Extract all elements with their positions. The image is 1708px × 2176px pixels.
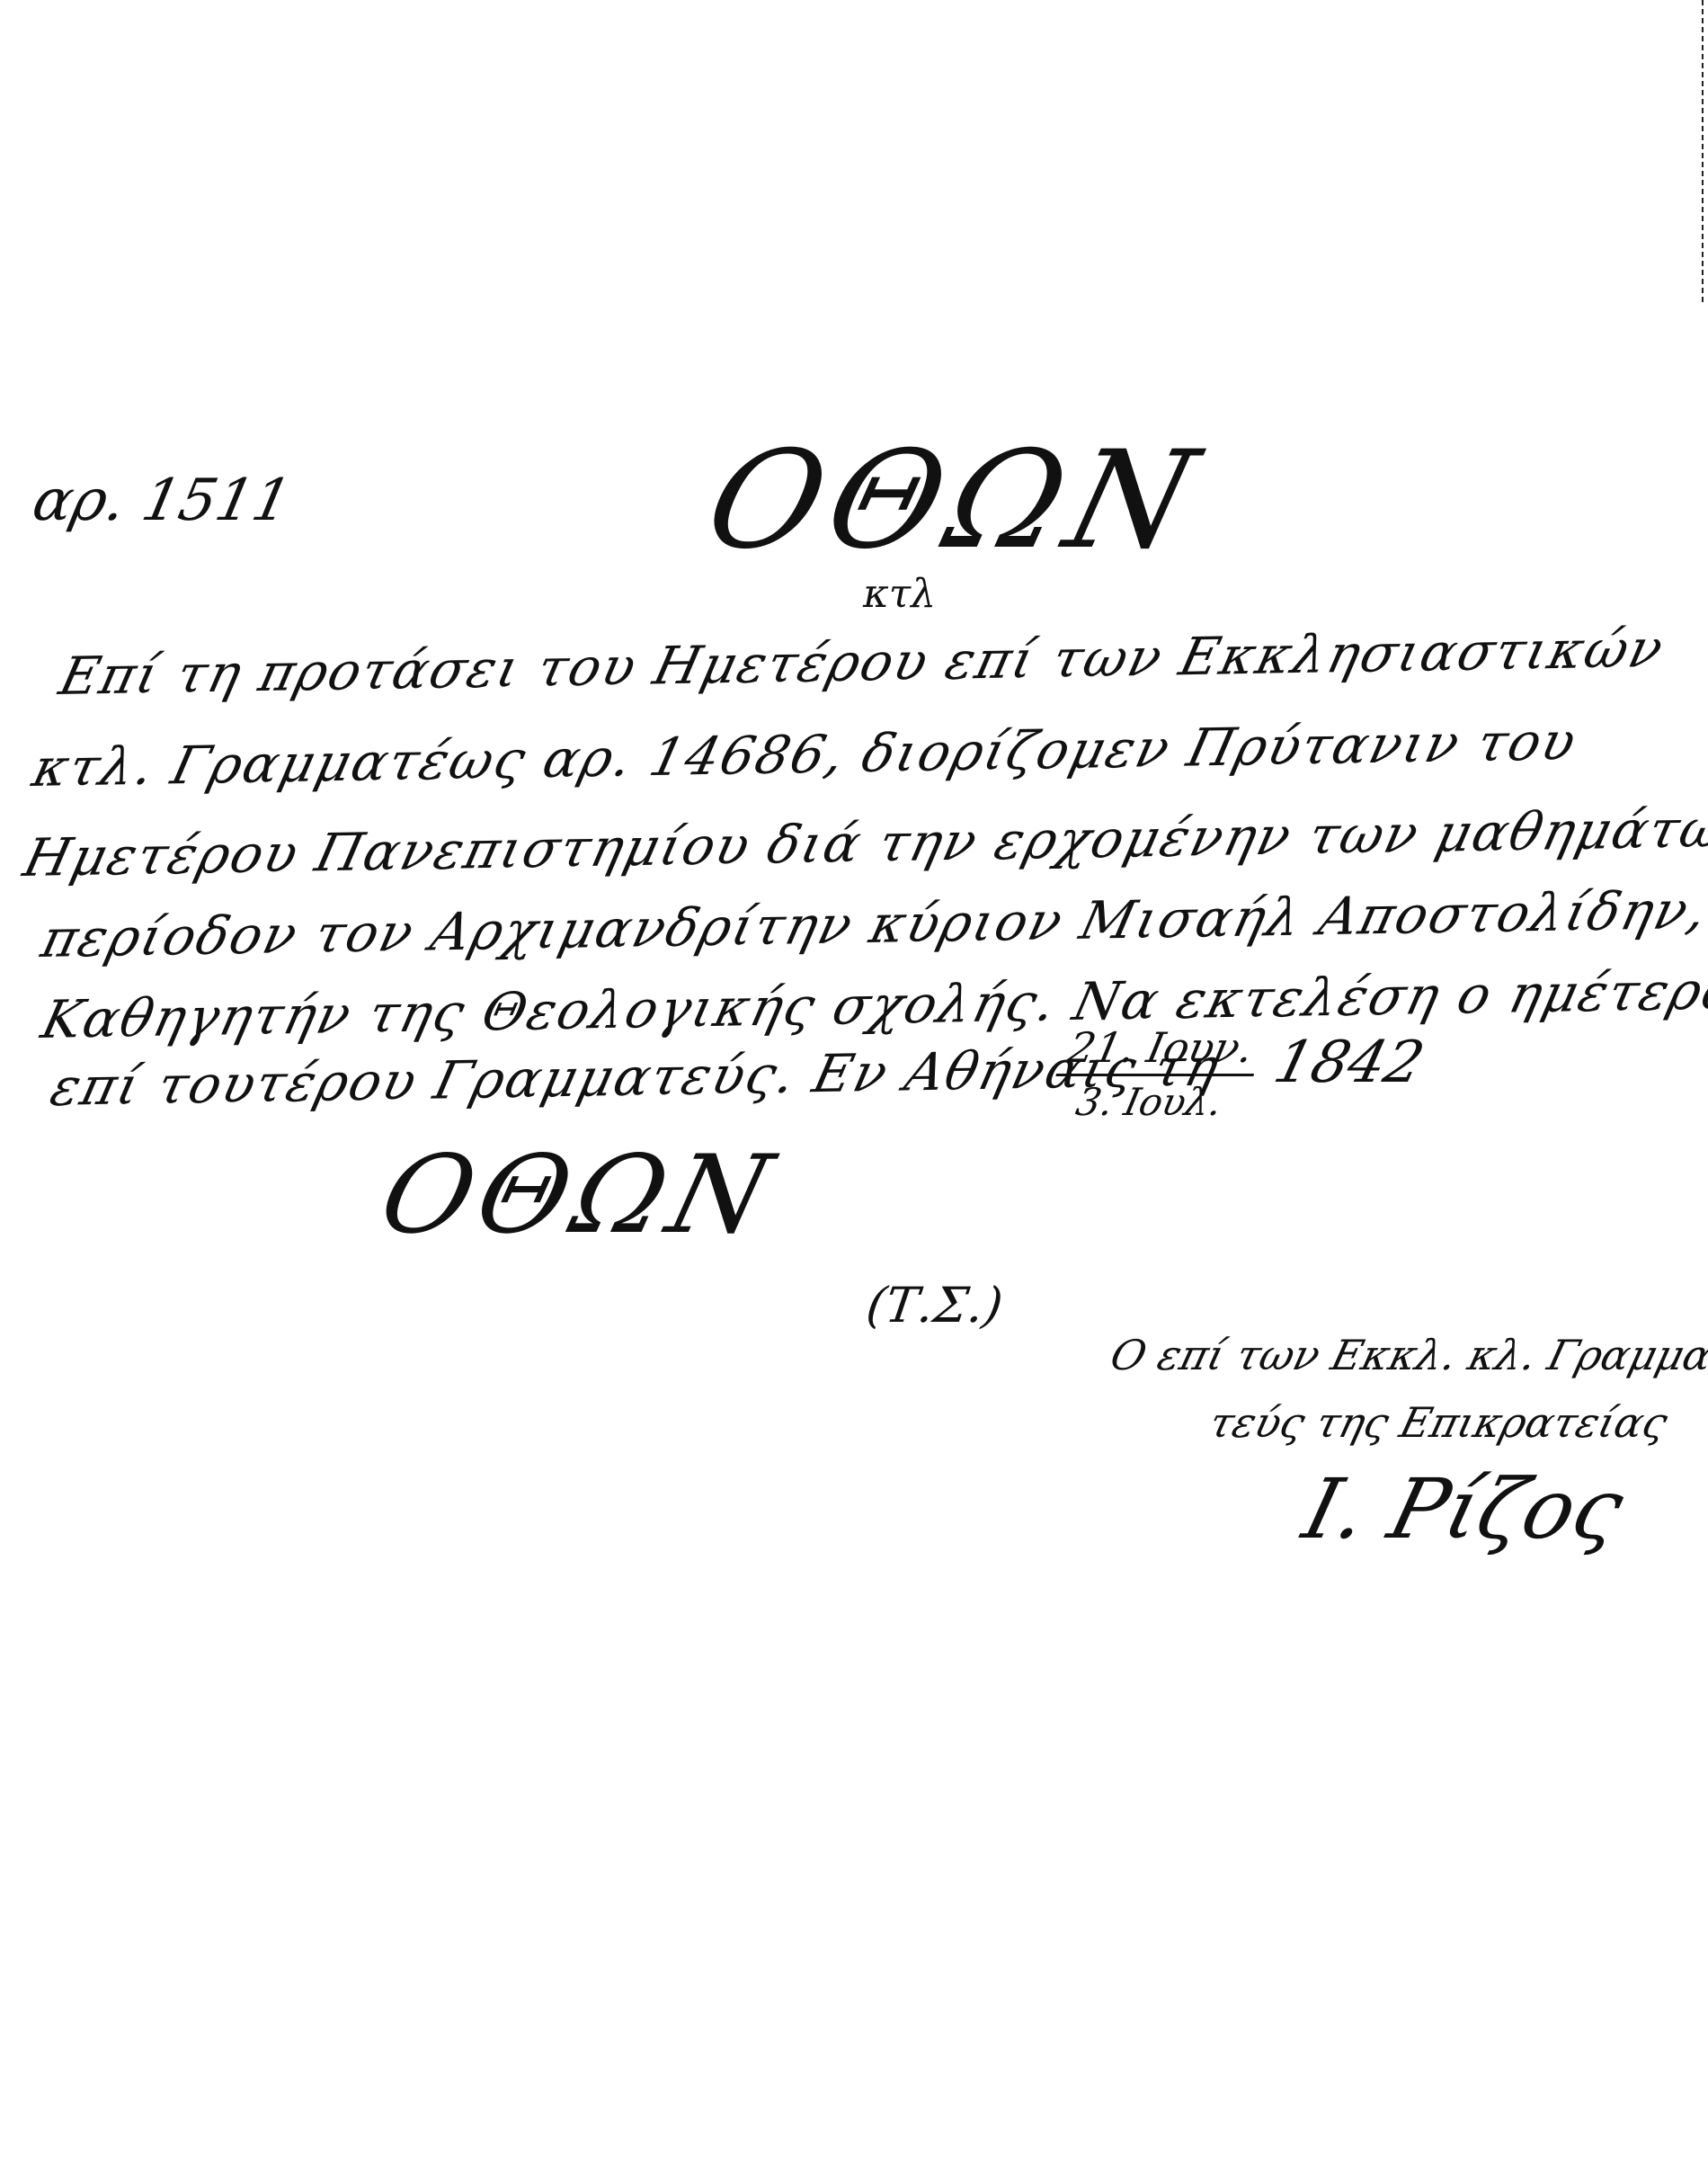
body-line-2: κτλ. Γραμματέως αρ. 14686, διορίζομεν Πρ…	[27, 710, 1583, 798]
reference-number: αρ. 1511	[27, 468, 297, 534]
body-line-4: περίοδον τον Αρχιμανδρίτην κύριον Μισαήλ…	[36, 879, 1708, 969]
countersignature-title-line-2: τεύς της Επικρατείας	[1205, 1398, 1672, 1447]
body-line-5: Καθηγητήν της Θεολογικής σχολής. Να εκτε…	[36, 959, 1708, 1050]
seal-abbreviation: (Τ.Σ.)	[863, 1277, 1007, 1333]
date-new-style: 3. Ιουλ.	[1045, 1076, 1253, 1124]
countersignature-name: Ι. Ρίζος	[1294, 1461, 1632, 1557]
scan-border-artifact	[1702, 0, 1704, 306]
date-old-style: 21. Ιουν.	[1055, 1023, 1265, 1076]
document-title: ΟΘΩΝ	[692, 423, 1218, 579]
date-year: 1842	[1268, 1030, 1430, 1096]
body-line-3: Ημετέρου Πανεπιστημίου διά την ερχομένην…	[18, 797, 1708, 888]
countersignature-title-line-1: Ο επί των Εκκλ. κλ. Γραμμα-	[1106, 1331, 1708, 1379]
title-abbreviation: κτλ	[863, 571, 936, 617]
date-fraction: 21. Ιουν. 3. Ιουλ.	[1045, 1023, 1265, 1124]
body-line-1: Επί τη προτάσει του Ημετέρου επί των Εκκ…	[54, 618, 1670, 707]
manuscript-page: αρ. 1511 ΟΘΩΝ κτλ Επί τη προτάσει του Ημ…	[0, 0, 1708, 2176]
royal-signature: ΟΘΩΝ	[369, 1133, 789, 1258]
